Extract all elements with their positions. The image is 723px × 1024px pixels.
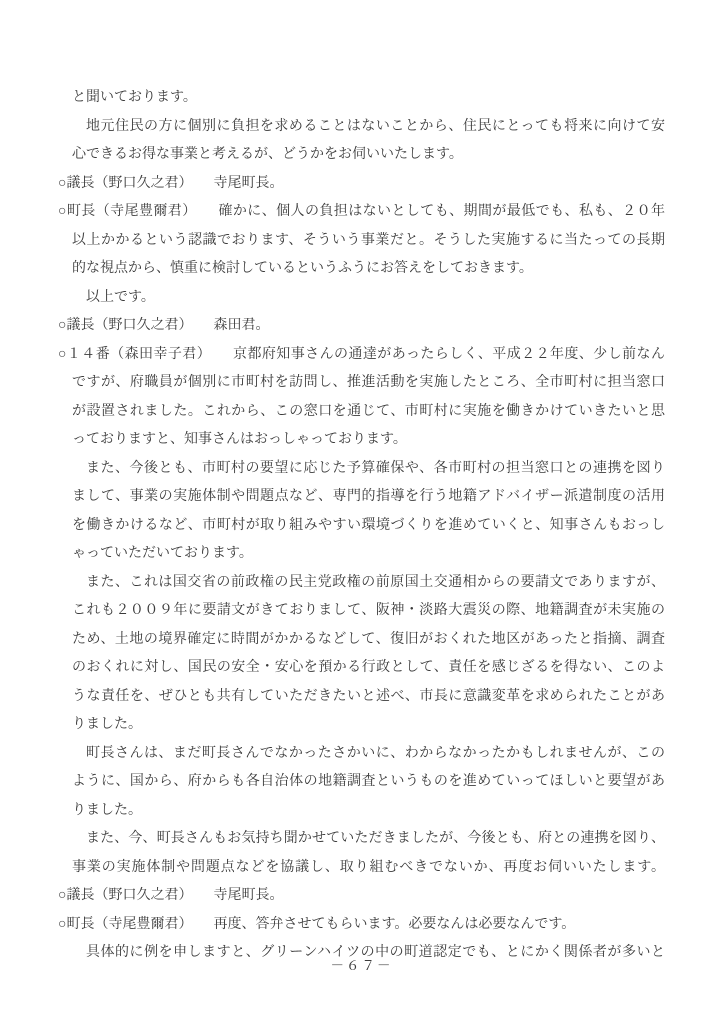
text-line: っておりますと、知事さんはおっしゃっております。 xyxy=(58,426,665,455)
text-line: 事業の実施体制や問題点などを協議し、取り組むべきでないか、再度お伺いいたします。 xyxy=(58,854,665,883)
page-number: －６７－ xyxy=(0,954,723,974)
text-line: ○議長（野口久之君） 寺尾町長。 xyxy=(58,170,665,199)
document-page: と聞いております。地元住民の方に個別に負担を求めることはないことから、住民にとっ… xyxy=(0,0,723,1024)
text-line: のおくれに対し、国民の安全・安心を預かる行政として、責任を感じざるを得ない、この… xyxy=(58,654,665,683)
text-line: また、これは国交省の前政権の民主党政権の前原国土交通相からの要請文でありますが、 xyxy=(58,569,665,598)
text-line: これも２００９年に要請文がきておりまして、阪神・淡路大震災の際、地籍調査が未実施… xyxy=(58,597,665,626)
text-line: 心できるお得な事業と考えるが、どうかをお伺いいたします。 xyxy=(58,141,665,170)
text-line: と聞いております。 xyxy=(58,84,665,113)
text-line: ○１４番（森田幸子君） 京都府知事さんの通達があったらしく、平成２２年度、少し前… xyxy=(58,341,665,370)
text-line: 的な視点から、慎重に検討しているというふうにお答えをしておきます。 xyxy=(58,255,665,284)
text-line: ため、土地の境界確定に時間がかかるなどして、復旧がおくれた地区があったと指摘、調… xyxy=(58,626,665,655)
text-line: りました。 xyxy=(58,797,665,826)
text-line: が設置されました。これから、この窓口を通じて、市町村に実施を働きかけていきたいと… xyxy=(58,398,665,427)
text-line: りました。 xyxy=(58,711,665,740)
text-line: ように、国から、府からも各自治体の地籍調査というものを進めていってほしいと要望が… xyxy=(58,768,665,797)
text-line: ですが、府職員が個別に市町村を訪問し、推進活動を実施したところ、全市町村に担当窓… xyxy=(58,369,665,398)
text-line: ○議長（野口久之君） 寺尾町長。 xyxy=(58,882,665,911)
text-line: 以上です。 xyxy=(58,284,665,313)
text-line: ○町長（寺尾豊爾君） 確かに、個人の負担はないとしても、期間が最低でも、私も、２… xyxy=(58,198,665,227)
text-line: 以上かかるという認識でおります、そういう事業だと。そうした実施するに当たっての長… xyxy=(58,227,665,256)
text-line: まして、事業の実施体制や問題点など、専門的指導を行う地籍アドバイザー派遣制度の活… xyxy=(58,483,665,512)
text-line: 町長さんは、まだ町長さんでなかったさかいに、わからなかったかもしれませんが、この xyxy=(58,740,665,769)
text-line: を働きかけるなど、市町村が取り組みやすい環境づくりを進めていくと、知事さんもおっ… xyxy=(58,512,665,541)
text-line: また、今後とも、市町村の要望に応じた予算確保や、各市町村の担当窓口との連携を図り xyxy=(58,455,665,484)
text-line: うな責任を、ぜひとも共有していただきたいと述べ、市長に意識変革を求められたことが… xyxy=(58,683,665,712)
text-line: ゃっていただいております。 xyxy=(58,540,665,569)
text-line: ○議長（野口久之君） 森田君。 xyxy=(58,312,665,341)
text-line: ○町長（寺尾豊爾君） 再度、答弁させてもらいます。必要なんは必要なんです。 xyxy=(58,911,665,940)
text-line: 地元住民の方に個別に負担を求めることはないことから、住民にとっても将来に向けて安 xyxy=(58,113,665,142)
text-line: また、今、町長さんもお気持ち聞かせていただきましたが、今後とも、府との連携を図り… xyxy=(58,825,665,854)
minutes-text-block: と聞いております。地元住民の方に個別に負担を求めることはないことから、住民にとっ… xyxy=(58,84,665,968)
